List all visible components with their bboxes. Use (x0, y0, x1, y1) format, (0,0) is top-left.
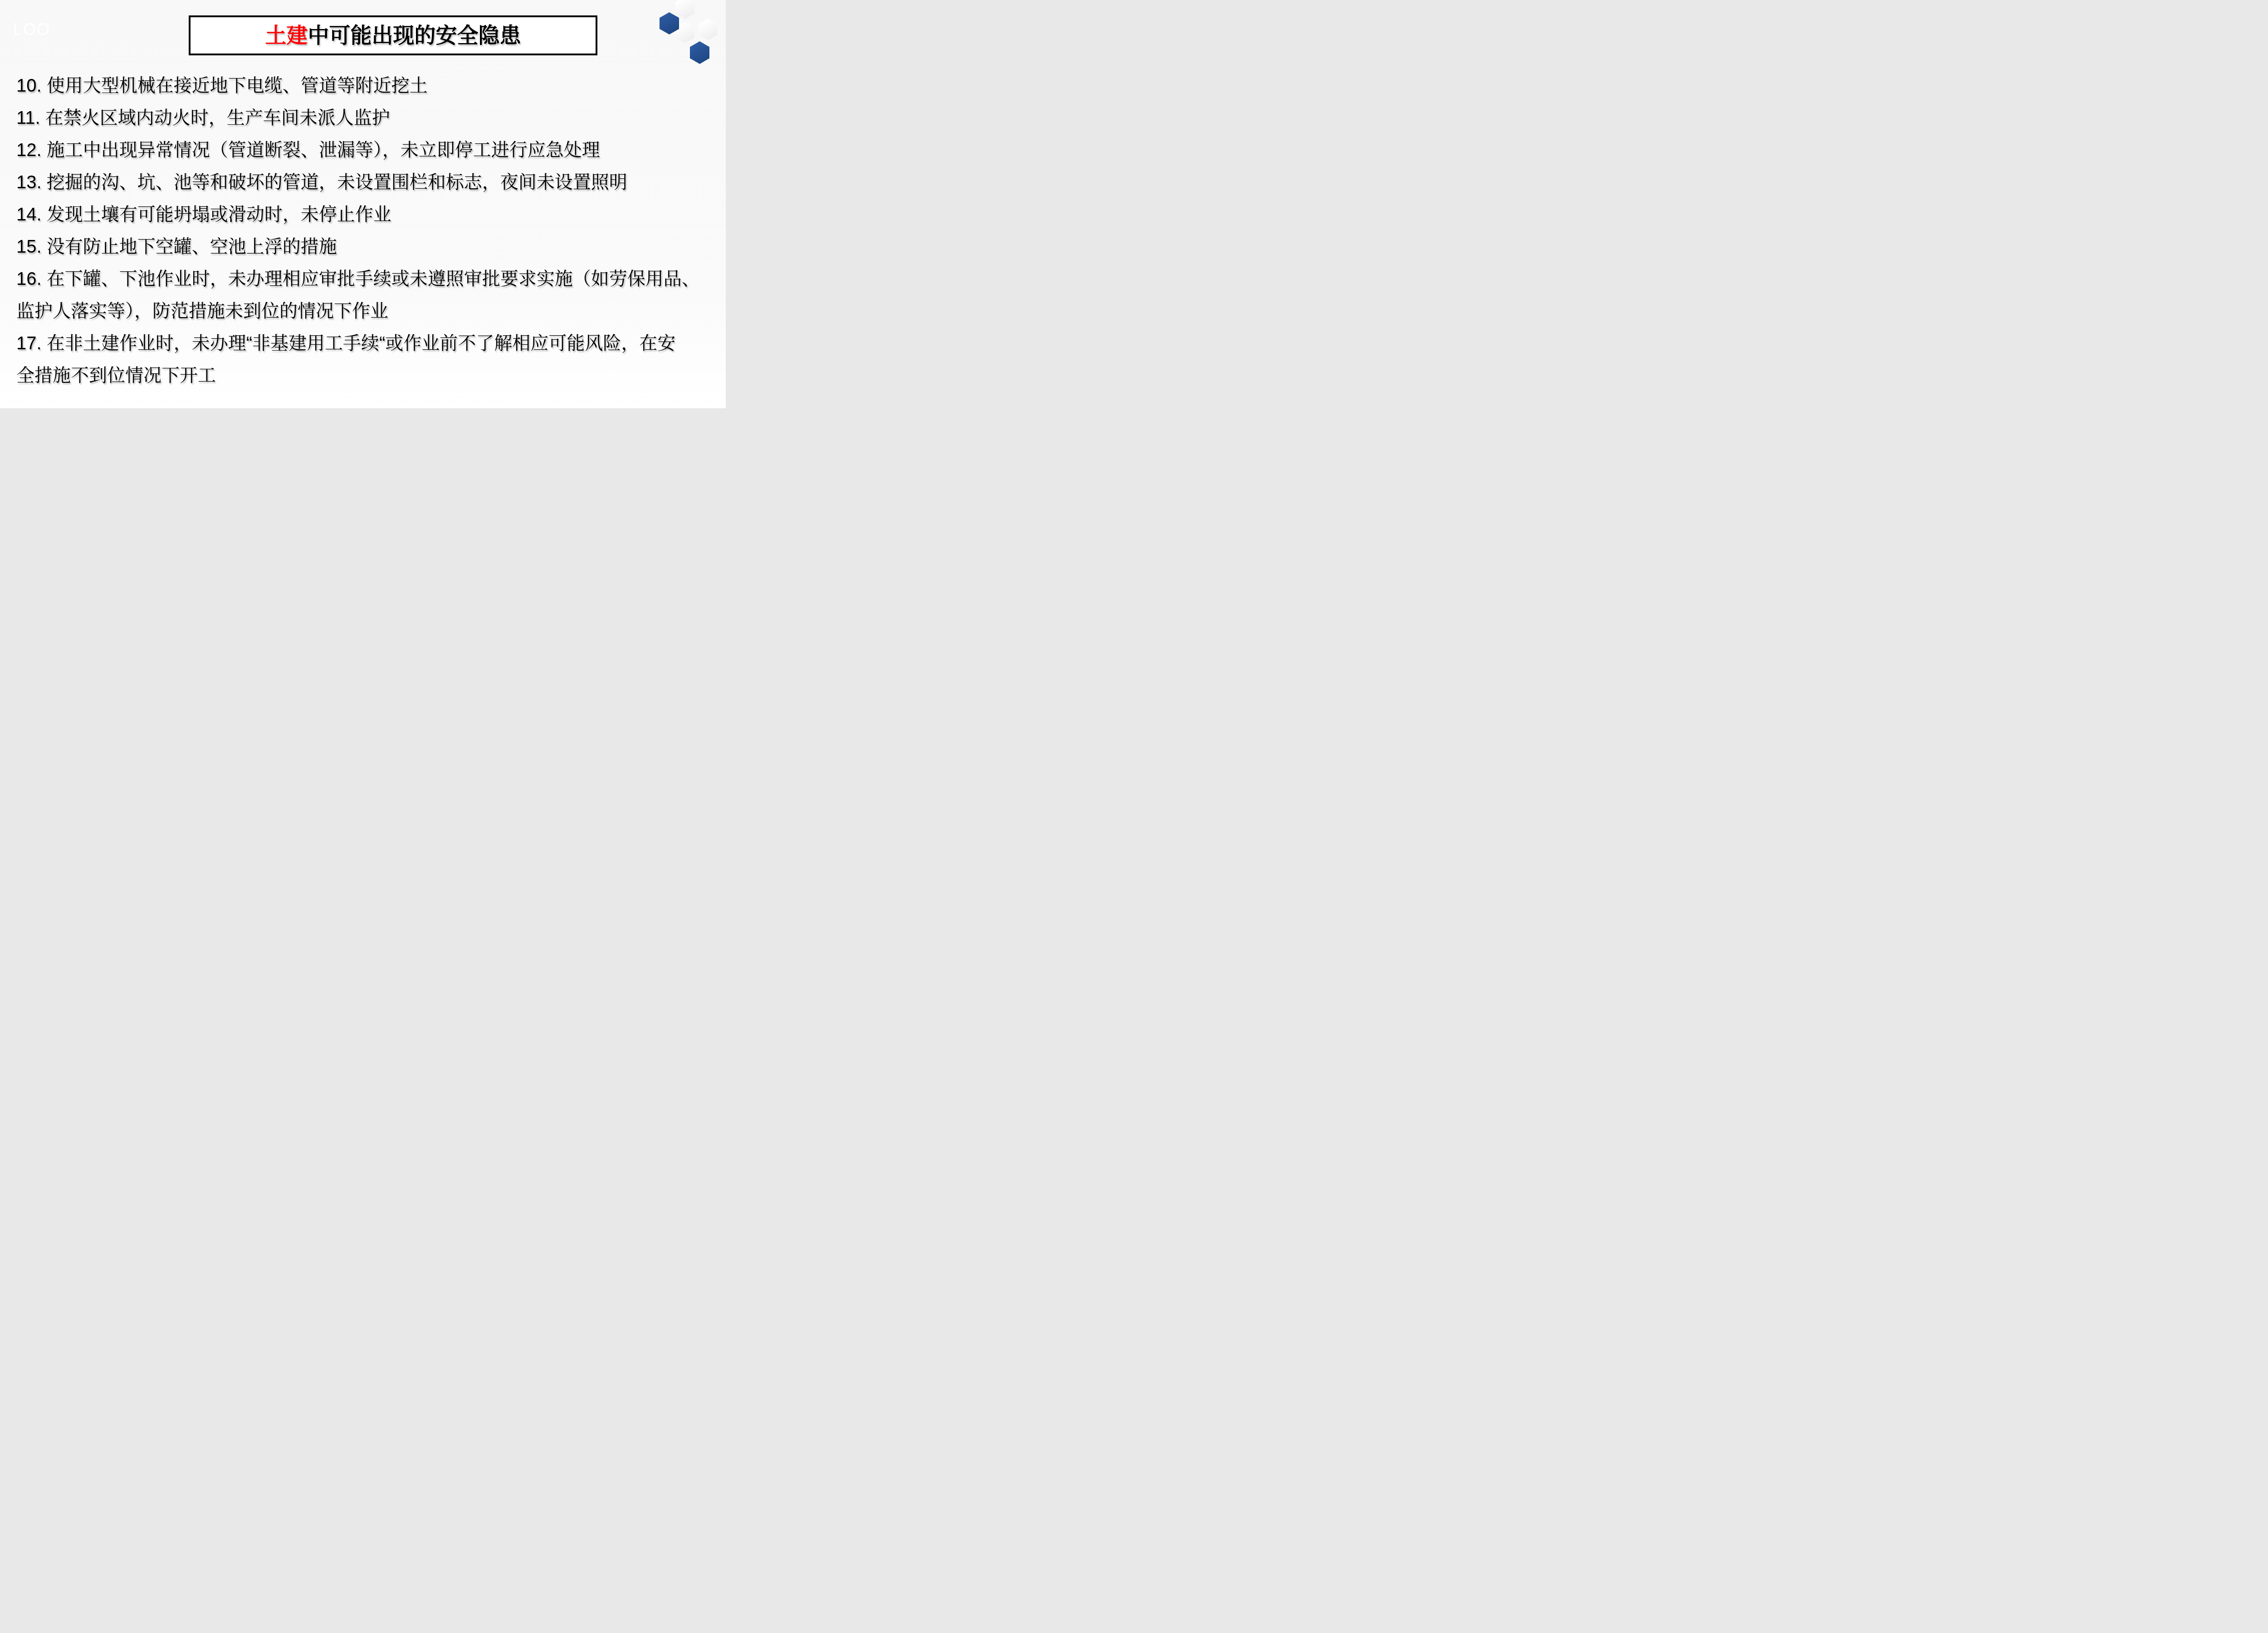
hazard-list: 10. 使用大型机械在接近地下电缆、管道等附近挖土 11. 在禁火区域内动火时，… (0, 0, 726, 392)
hazard-line-17-cont: 全措施不到位情况下开工 (16, 360, 726, 392)
hazard-line-12: 12. 施工中出现异常情况（管道断裂、泄漏等），未立即停工进行应急处理 (16, 134, 726, 166)
hazard-line-16-cont: 监护人落实等），防范措施未到位的情况下作业 (16, 295, 726, 328)
hazard-line-13: 13. 挖掘的沟、坑、池等和破坏的管道，未设置围栏和标志，夜间未设置照明 (16, 166, 726, 199)
hazard-line-11: 11. 在禁火区域内动火时，生产车间未派人监护 (16, 102, 726, 134)
presentation-slide: LOO 土建中可能出现的安全隐患 10. 使用大型机械在接近地下电缆、管道等附近… (0, 0, 726, 408)
hazard-line-15: 15. 没有防止地下空罐、空池上浮的措施 (16, 231, 726, 263)
hazard-line-17: 17. 在非土建作业时，未办理“非基建用工手续“或作业前不了解相应可能风险，在安 (16, 328, 726, 360)
hazard-line-14: 14. 发现土壤有可能坍塌或滑动时，未停止作业 (16, 199, 726, 231)
hazard-line-10: 10. 使用大型机械在接近地下电缆、管道等附近挖土 (16, 70, 726, 102)
hazard-line-16: 16. 在下罐、下池作业时，未办理相应审批手续或未遵照审批要求实施（如劳保用品、 (16, 263, 726, 295)
